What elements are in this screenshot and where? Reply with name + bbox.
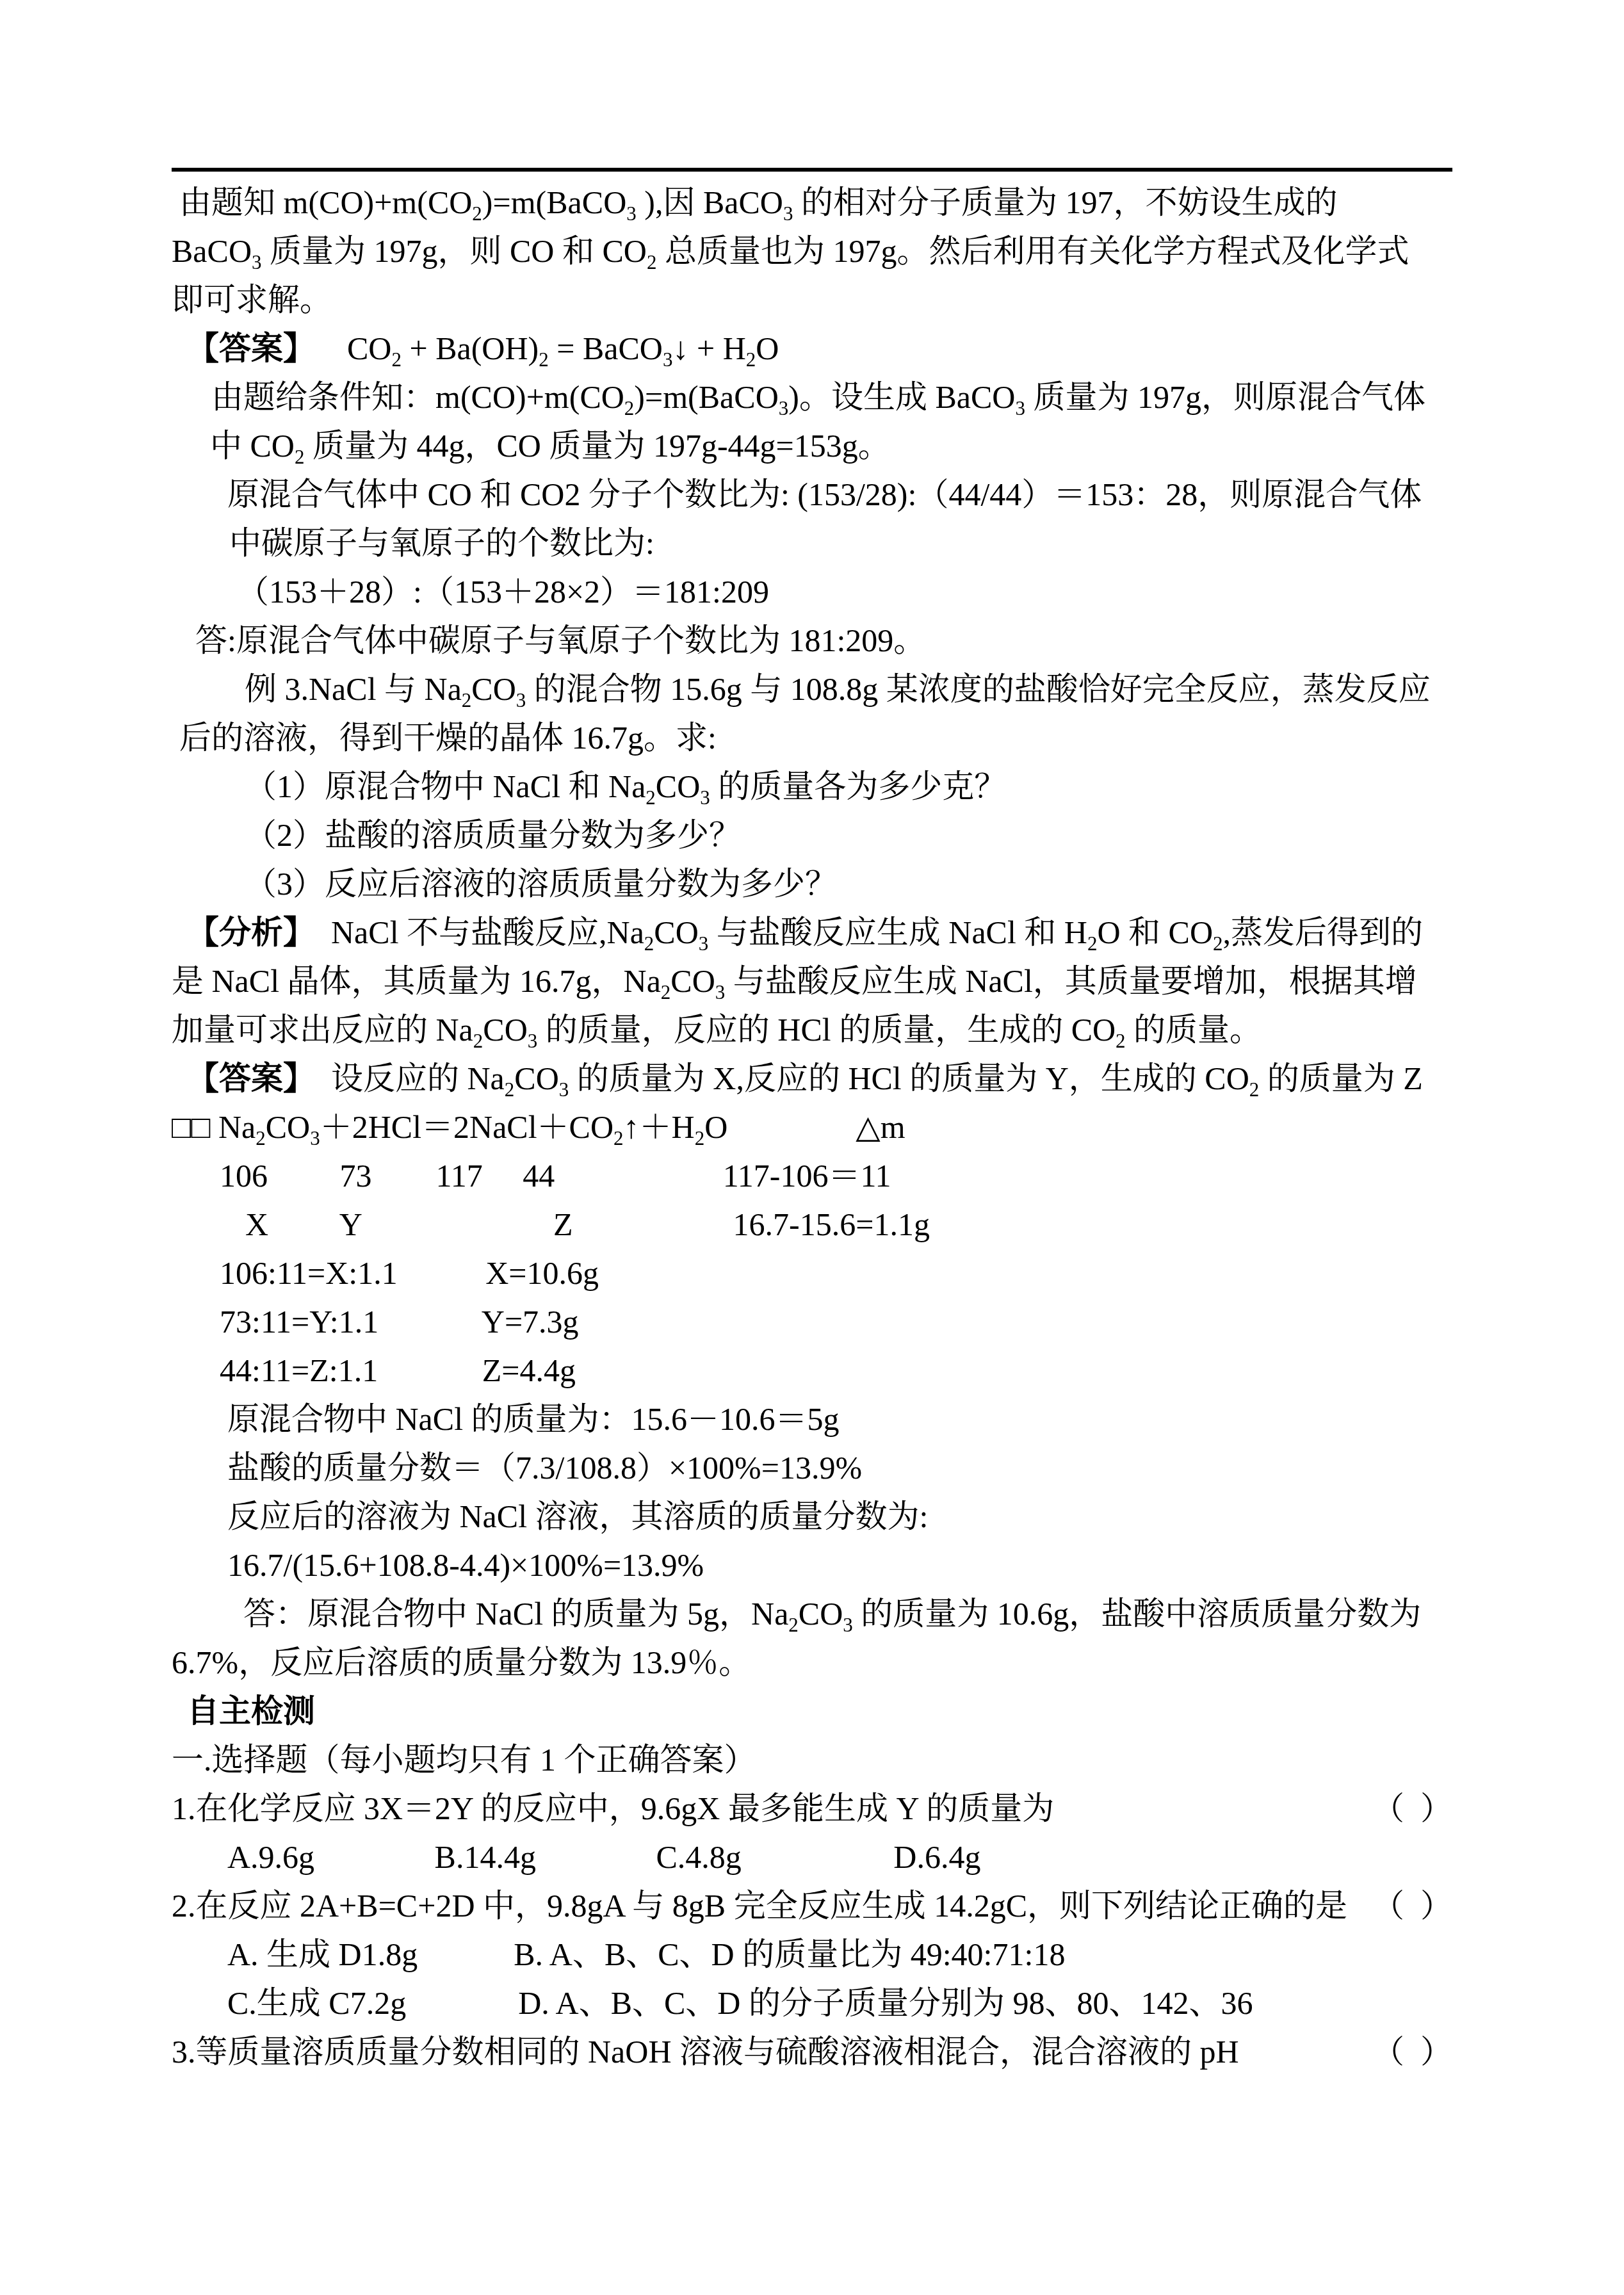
answer-setup-line: 【答案】 设反应的 Na2CO3 的质量为 X,反应的 HCl 的质量为 Y，生…	[172, 1054, 1452, 1103]
proportion-line: 106:11=X:1.1 X=10.6g	[172, 1249, 1452, 1297]
example3-line: 后的溶液，得到干燥的晶体 16.7g。求:	[172, 713, 1452, 762]
document-page: 由题知 m(CO)+m(CO2)=m(BaCO3 ),因 BaCO3 的相对分子…	[0, 0, 1624, 2295]
answer-brackets: （ ）	[1372, 1784, 1452, 1833]
proportion-line: 73:11=Y:1.1 Y=7.3g	[172, 1297, 1452, 1346]
reaction-equation-line: □□ Na2CO3＋2HCl＝2NaCl＋CO2↑＋H2O △m	[172, 1103, 1452, 1151]
question-3-text: 3.等质量溶质质量分数相同的 NaOH 溶液与硫酸溶液相混合，混合溶液的 pH	[172, 2027, 1239, 2076]
subquestion-line: （2）盐酸的溶质质量分数为多少？	[172, 811, 1452, 859]
paragraph-line: 由题知 m(CO)+m(CO2)=m(BaCO3 ),因 BaCO3 的相对分子…	[172, 178, 1452, 227]
solution-line: 由题给条件知：m(CO)+m(CO2)=m(BaCO3)。设生成 BaCO3 质…	[172, 373, 1452, 421]
analysis-line: 是 NaCl 晶体，其质量为 16.7g，Na2CO3 与盐酸反应生成 NaCl…	[172, 957, 1452, 1005]
solution-line: （153＋28）:（153＋28×2）＝181:209	[172, 567, 1452, 616]
answer-summary-line: 答:原混合气体中碳原子与氧原子个数比为 181:209。	[172, 616, 1452, 665]
question-2-text: 2.在反应 2A+B=C+2D 中，9.8gA 与 8gB 完全反应生成 14.…	[172, 1881, 1347, 1930]
solution-line: 盐酸的质量分数＝（7.3/108.8）×100%=13.9%	[172, 1443, 1452, 1492]
solution-line: 中 CO2 质量为 44g，CO 质量为 197g-44g=153g。	[172, 421, 1452, 470]
answer-brackets: （ ）	[1372, 1881, 1452, 1930]
solution-line: 反应后的溶液为 NaCl 溶液，其溶质的质量分数为:	[172, 1492, 1452, 1541]
instruction-line: 一.选择题（每小题均只有 1 个正确答案）	[172, 1735, 1452, 1784]
question-1-line: 1.在化学反应 3X＝2Y 的反应中，9.6gX 最多能生成 Y 的质量为 （ …	[172, 1784, 1452, 1833]
answer-equation-line: 【答案】 CO2 + Ba(OH)2 = BaCO3↓ + H2O	[172, 324, 1452, 373]
answer-summary-line: 答：原混合物中 NaCl 的质量为 5g，Na2CO3 的质量为 10.6g，盐…	[172, 1589, 1452, 1638]
document-body: 由题知 m(CO)+m(CO2)=m(BaCO3 ),因 BaCO3 的相对分子…	[172, 178, 1452, 2076]
section-heading-self-test: 自主检测	[172, 1687, 1452, 1735]
solution-line: 16.7/(15.6+108.8-4.4)×100%=13.9%	[172, 1541, 1452, 1589]
question-1-options: A.9.6g B.14.4g C.4.8g D.6.4g	[172, 1833, 1452, 1881]
paragraph-line: BaCO3 质量为 197g，则 CO 和 CO2 总质量也为 197g。然后利…	[172, 227, 1452, 275]
paragraph-line: 即可求解。	[172, 275, 1452, 324]
header-rule	[172, 168, 1452, 172]
molar-mass-row: 106 73 117 44 117-106＝11	[172, 1151, 1452, 1200]
proportion-line: 44:11=Z:1.1 Z=4.4g	[172, 1346, 1452, 1395]
solution-line: 中碳原子与氧原子的个数比为:	[172, 519, 1452, 567]
question-3-line: 3.等质量溶质质量分数相同的 NaOH 溶液与硫酸溶液相混合，混合溶液的 pH …	[172, 2027, 1452, 2076]
question-2-line: 2.在反应 2A+B=C+2D 中，9.8gA 与 8gB 完全反应生成 14.…	[172, 1881, 1452, 1930]
answer-summary-line: 6.7%，反应后溶质的质量分数为 13.9％。	[172, 1638, 1452, 1687]
subquestion-line: （1）原混合物中 NaCl 和 Na2CO3 的质量各为多少克？	[172, 762, 1452, 811]
example3-line: 例 3.NaCl 与 Na2CO3 的混合物 15.6g 与 108.8g 某浓…	[172, 665, 1452, 713]
solution-line: 原混合物中 NaCl 的质量为：15.6－10.6＝5g	[172, 1395, 1452, 1443]
question-2-options-cd: C.生成 C7.2g D. A、B、C、D 的分子质量分别为 98、80、142…	[172, 1979, 1452, 2027]
subquestion-line: （3）反应后溶液的溶质质量分数为多少？	[172, 859, 1452, 908]
answer-brackets: （ ）	[1372, 2027, 1452, 2076]
analysis-line: 加量可求出反应的 Na2CO3 的质量，反应的 HCl 的质量，生成的 CO2 …	[172, 1005, 1452, 1054]
analysis-line: 【分析】 NaCl 不与盐酸反应,Na2CO3 与盐酸反应生成 NaCl 和 H…	[172, 908, 1452, 957]
unknowns-row: X Y Z 16.7-15.6=1.1g	[172, 1200, 1452, 1249]
question-2-options-ab: A. 生成 D1.8g B. A、B、C、D 的质量比为 49:40:71:18	[172, 1930, 1452, 1979]
solution-line: 原混合气体中 CO 和 CO2 分子个数比为: (153/28):（44/44）…	[172, 470, 1452, 519]
question-1-text: 1.在化学反应 3X＝2Y 的反应中，9.6gX 最多能生成 Y 的质量为	[172, 1784, 1054, 1833]
